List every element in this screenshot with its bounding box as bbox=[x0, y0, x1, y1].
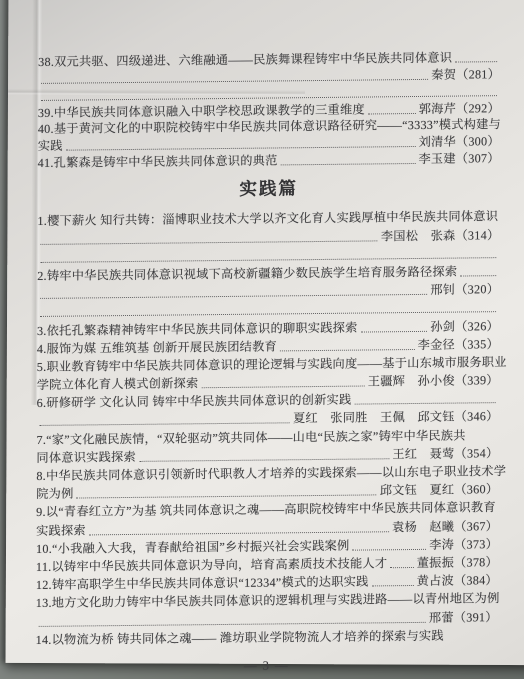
dot-leader bbox=[455, 61, 497, 62]
dot-leader bbox=[460, 275, 496, 276]
toc-line: 41.孔繁森是铸牢中华民族共同体意识的典范李玉建（307） bbox=[38, 149, 500, 171]
photo-of-book-page: { "colors":{ "page_background":"#e7e5e1"… bbox=[0, 0, 524, 679]
toc-entry-author-page: 秦贺（281） bbox=[431, 65, 500, 83]
toc-entry-author-page: 袁杨 赵曦（367） bbox=[392, 517, 498, 535]
dot-leader bbox=[354, 402, 495, 404]
toc-entry-author-page: 夏红 张同胜 王佩 邱文钰（346） bbox=[293, 408, 499, 427]
toc-entry-title: 41.孔繁森是铸牢中华民族共同体意识的典范 bbox=[38, 152, 278, 172]
dot-leader bbox=[40, 423, 290, 427]
toc-line: 14.以物流为桥 铸共同体之魂—— 潍坊职业学院物流人才培养的探索与实践 bbox=[36, 625, 498, 648]
toc-entry-author-page: 李涛（373） bbox=[429, 535, 498, 553]
toc-entry-title: 学院立体化育人模式创新探索 bbox=[37, 374, 199, 393]
toc-entry-title: 院为例 bbox=[36, 485, 73, 502]
toc-entry-author-page: 刘清华（300） bbox=[419, 132, 500, 150]
toc-section-after-header: 1.樱下薪火 知行共铸：淄博职业技术大学以齐文化育人实践厚植中华民族共同体意识李… bbox=[36, 206, 500, 647]
toc-entry-author-page: 李国松 张森（314） bbox=[381, 226, 500, 244]
toc-entry-author-page: 王疆辉 孙小俊（339） bbox=[368, 371, 499, 389]
toc-entry-title: 实践 bbox=[38, 137, 63, 154]
section-header: 实践篇 bbox=[38, 173, 500, 203]
dot-leader bbox=[352, 549, 426, 551]
toc-entry-title: 6.研修研学 文化认同 铸牢中华民族共同体意识的创新实践 bbox=[37, 391, 352, 411]
dot-leader bbox=[280, 349, 415, 351]
toc-entry-title: 同体意识实践探索 bbox=[36, 448, 136, 466]
toc-entry-author-page: 李玉建（307） bbox=[418, 149, 499, 167]
toc-entry-author-page: 邢蕾（391） bbox=[429, 608, 498, 626]
toc-entry-author-page: 黄占波（384） bbox=[417, 571, 498, 589]
table-of-contents: 38.双元共驱、四级递进、六维融通——民族舞课程铸牢中华民族共同体意识秦贺（28… bbox=[35, 48, 500, 676]
toc-entry-title: 4.服饰为媒 五维筑基 创新开展民族团结教育 bbox=[37, 337, 277, 357]
toc-entry-title: 14.以物流为桥 铸共同体之魂—— 潍坊职业学院物流人才培养的探索与实践 bbox=[36, 626, 444, 647]
dot-leader bbox=[361, 330, 428, 332]
toc-entry-title: 10.“小我融入大我，青春献给祖国”乡村振兴社会实践案例 bbox=[36, 536, 349, 556]
toc-entry-author-page: 李金径（335） bbox=[418, 335, 499, 353]
toc-entry-title: 3.依托孔繁森精神铸牢中华民族共同体意识的聊职实践探索 bbox=[37, 318, 358, 338]
toc-entry-author-page: 董振振（378） bbox=[417, 553, 498, 571]
page-number-footer: — 3 — bbox=[35, 656, 497, 676]
toc-entry-author-page: 郭海芹（292） bbox=[419, 99, 500, 117]
dot-leader bbox=[201, 386, 364, 389]
dot-leader bbox=[368, 113, 416, 115]
toc-entry-author-page: 邱文钰 夏红（360） bbox=[380, 480, 499, 498]
toc-entry-title: 12.铸牢高职学生中华民族共同体意识“12334”模式的达职实践 bbox=[36, 573, 369, 593]
dot-leader bbox=[281, 163, 416, 165]
toc-entry-author-page: 孙剑（326） bbox=[430, 317, 499, 335]
dot-leader bbox=[390, 567, 413, 568]
toc-section-before-header: 38.双元共驱、四级递进、六维融通——民族舞课程铸牢中华民族共同体意识秦贺（28… bbox=[38, 48, 501, 171]
dot-leader bbox=[372, 585, 414, 586]
toc-entry-title: 实践探索 bbox=[36, 521, 86, 539]
book-page: 38.双元共驱、四级递进、六维融通——民族舞课程铸牢中华民族共同体意识秦贺（28… bbox=[6, 0, 524, 665]
toc-entry-author-page: 王红 聂莺（354） bbox=[392, 444, 498, 462]
dot-leader bbox=[139, 458, 389, 462]
toc-entry-author-page: 邢钊（320） bbox=[430, 280, 499, 298]
